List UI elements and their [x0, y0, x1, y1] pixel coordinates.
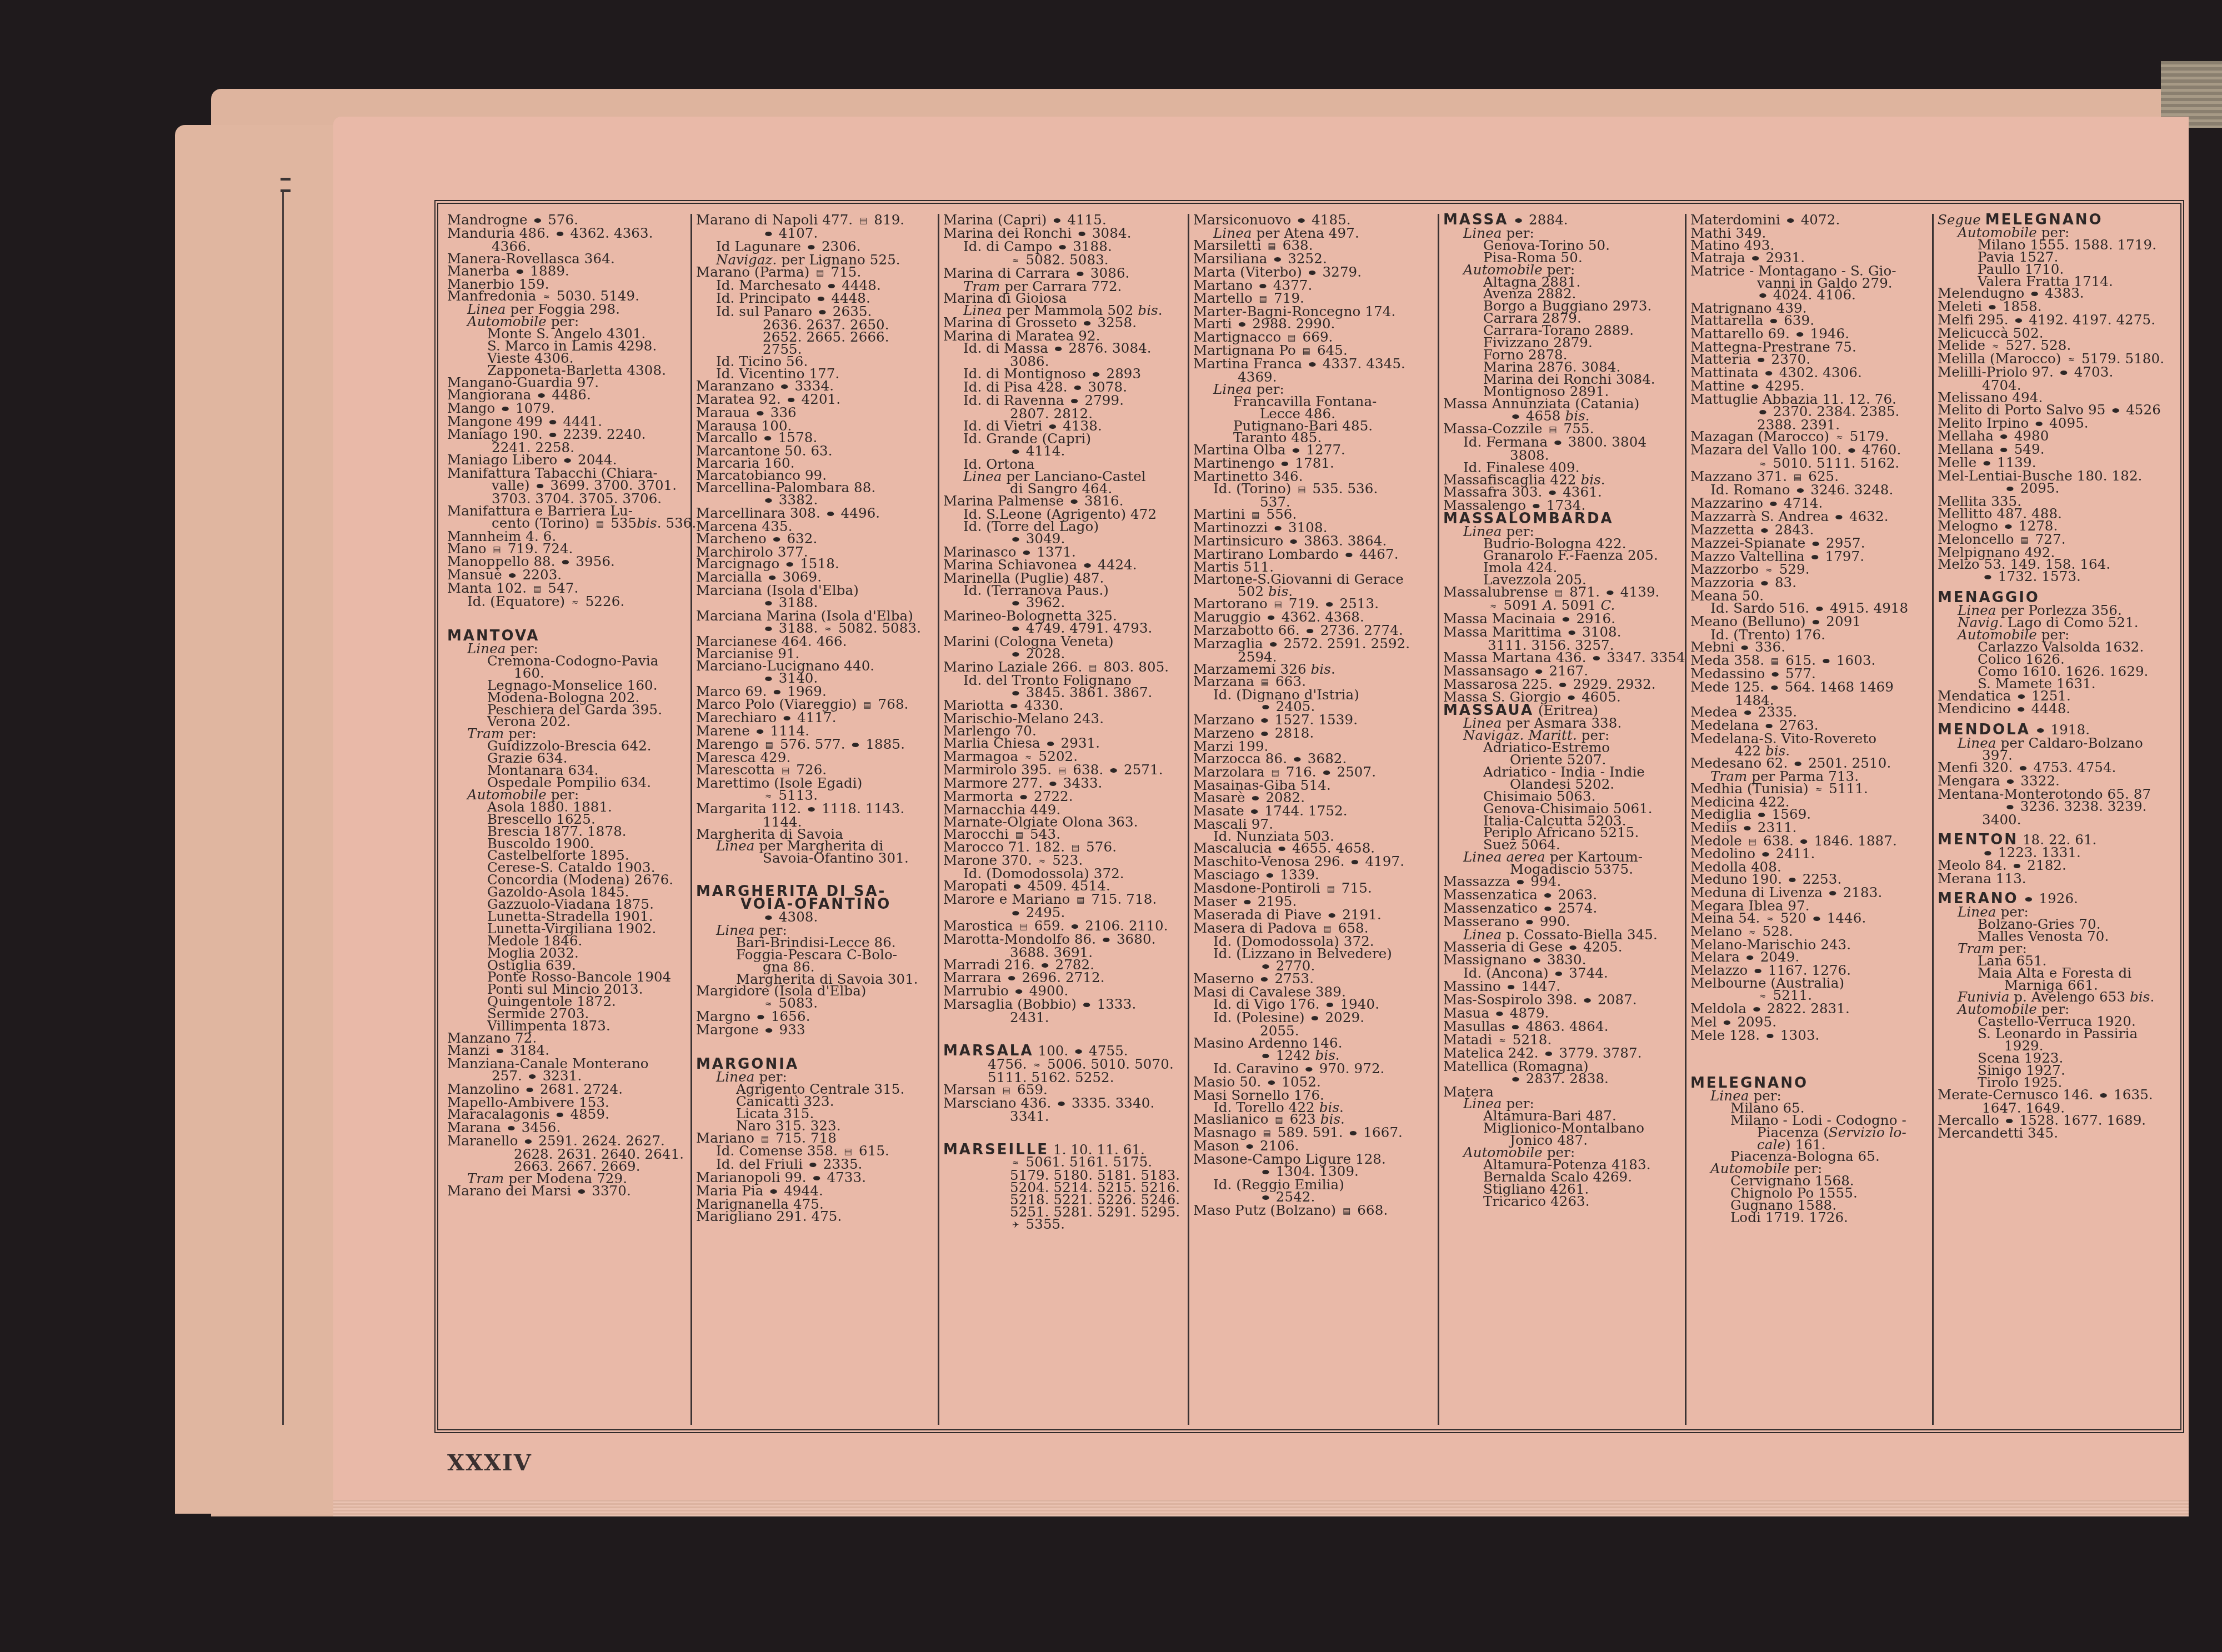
automobile-icon: ⬬ — [1812, 538, 1819, 550]
index-subentry: Id. (Torino) ▤ 535. 536. — [1193, 483, 1432, 496]
automobile-icon: ⬬ — [2000, 431, 2008, 443]
spacer — [696, 864, 932, 878]
automobile-icon: ⬬ — [808, 804, 815, 816]
automobile-icon: ⬬ — [852, 739, 859, 752]
spacer — [447, 609, 686, 622]
automobile-icon: ⬬ — [817, 293, 824, 306]
automobile-icon: ⬬ — [1055, 343, 1062, 356]
automobile-icon: ⬬ — [1083, 999, 1090, 1012]
automobile-icon: ⬬ — [529, 1071, 536, 1083]
automobile-icon: ⬬ — [562, 557, 569, 569]
index-subentry: S. Leonardo in Passiria — [1938, 1028, 2176, 1040]
italic-label: bis — [637, 515, 657, 531]
italic-label: Linea — [963, 468, 1002, 484]
automobile-icon: ⬬ — [1350, 1128, 1357, 1140]
index-column-2: Marano di Napoli 477. ▤ 819.⬬ 4107.Id La… — [696, 214, 932, 1430]
automobile-icon: ⬬ — [1309, 359, 1316, 371]
spacer — [1690, 1056, 1929, 1069]
automobile-icon: ⬬ — [827, 508, 834, 520]
index-entry: Mede 125. ⬬ 564. 1468 1469 — [1690, 681, 1929, 694]
index-subentry: 2652. 2665. 2666. — [696, 331, 932, 343]
automobile-icon: ⬬ — [1345, 549, 1353, 562]
automobile-icon: ⬬ — [765, 1025, 773, 1037]
index-column-3: Marina (Capri) ⬬ 4115.Marina dei Ronchi … — [943, 214, 1182, 1430]
automobile-icon: ⬬ — [1261, 715, 1268, 727]
index-subentry: Id. di Massa ⬬ 2876. 3084. — [943, 342, 1182, 356]
index-subentry: Lodi 1719. 1726. — [1690, 1212, 1929, 1224]
automobile-icon: ⬬ — [549, 417, 557, 429]
index-column-5: MASSA ⬬ 2884.Linea per:Genova-Torino 50.… — [1443, 214, 1682, 1430]
italic-label: bis — [1310, 661, 1330, 677]
tram-icon: ▤ — [863, 699, 871, 712]
automobile-icon: ⬬ — [1835, 512, 1843, 524]
tram-icon: ▤ — [1343, 1205, 1350, 1218]
spacer — [943, 1024, 1182, 1037]
index-entry: Martina Franca ⬬ 4337. 4345. — [1193, 358, 1432, 371]
automobile-icon: ⬬ — [1771, 669, 1779, 681]
automobile-icon: ⬬ — [1554, 437, 1562, 449]
column-divider — [1685, 214, 1686, 1425]
index-subentry: Cremona-Codogno-Pavia — [447, 655, 686, 667]
automobile-icon: ⬬ — [1584, 995, 1591, 1007]
index-subentry: 2431. — [943, 1012, 1182, 1024]
previous-page-border — [282, 192, 284, 1425]
tram-icon: ▤ — [596, 518, 604, 530]
index-subentry: Tricarico 4263. — [1443, 1195, 1682, 1208]
index-subentry: 3341. — [943, 1110, 1182, 1123]
tram-icon: ▤ — [859, 215, 867, 227]
ship-icon: ≈ — [572, 597, 579, 609]
index-column-7: Segue MELEGNANOAutomobile per:Milano 155… — [1938, 214, 2176, 1430]
column-divider — [1932, 214, 1934, 1425]
automobile-icon: ⬬ — [1012, 688, 1019, 700]
index-entry: Marsciano 436. ⬬ 3335. 3340. — [943, 1097, 1182, 1110]
tram-icon: ▤ — [1077, 894, 1084, 907]
index-entry: Marzaglia ⬬ 2572. 2591. 2592. — [1193, 638, 1432, 651]
index-entry: Merana 113. — [1938, 873, 2176, 885]
automobile-icon: ⬬ — [1787, 215, 1794, 227]
italic-label: bis — [1138, 302, 1158, 318]
automobile-icon: ⬬ — [1512, 1074, 1519, 1086]
italic-label: bis — [2130, 989, 2150, 1005]
automobile-icon: ⬬ — [2112, 405, 2119, 417]
automobile-icon: ⬬ — [1829, 888, 1836, 900]
italic-label: Servizio lo- — [1829, 1124, 1906, 1140]
index-subentry: Linea per Caldaro-Bolzano — [1938, 737, 2176, 749]
automobile-icon: ⬬ — [578, 1186, 585, 1198]
index-subentry: Id. (Polesine) ⬬ 2029. — [1193, 1012, 1432, 1025]
automobile-icon: ⬬ — [557, 228, 564, 241]
index-subentry: Granarolo F.-Faenza 205. — [1443, 549, 1682, 562]
index-entry: Martone-S.Giovanni di Gerace — [1193, 573, 1432, 585]
automobile-icon: ⬬ — [1058, 1098, 1065, 1110]
automobile-icon: ⬬ — [1544, 890, 1552, 902]
automobile-icon: ⬬ — [1110, 765, 1117, 777]
page-number: XXXIV — [447, 1450, 532, 1476]
spacer — [1690, 1043, 1929, 1056]
previous-page-rule — [281, 178, 291, 192]
index-entry: Margone ⬬ 933 — [696, 1024, 932, 1037]
index-entry: Marsaglia (Bobbio) ⬬ 1333. — [943, 998, 1182, 1012]
index-entry: Melilli-Priolo 97. ⬬ 4703. — [1938, 366, 2176, 379]
automobile-icon: ⬬ — [1766, 1030, 1774, 1043]
index-entry: Mendicino ⬬ 4448. — [1938, 703, 2176, 716]
index-entry: Mele 128. ⬬ 1303. — [1690, 1029, 1929, 1043]
index-subentry: 3400. — [1938, 814, 2176, 826]
ship-icon: ≈ — [1815, 784, 1823, 796]
index-subentry: ⬬ 3236. 3238. 3239. — [1938, 800, 2176, 814]
automobile-icon: ⬬ — [1593, 653, 1600, 665]
italic-label: Linea — [716, 838, 755, 854]
index-subentry: Linea per: — [1690, 1090, 1929, 1102]
automobile-icon: ⬬ — [1352, 857, 1359, 869]
index-entry: Margarita 112. ⬬ 1118. 1143. — [696, 803, 932, 816]
index-subentry: ✈ 5355. — [943, 1218, 1182, 1232]
column-divider — [690, 214, 692, 1425]
index-column-4: Marsiconuovo ⬬ 4185.Linea per Atena 497.… — [1193, 214, 1432, 1430]
automobile-icon: ⬬ — [2018, 704, 2025, 716]
automobile-icon: ⬬ — [2060, 367, 2068, 379]
index-column-1: Mandrogne ⬬ 576.Manduria 486. ⬬ 4362. 43… — [447, 214, 686, 1430]
index-subentry: Savoia-Ofantino 301. — [696, 852, 932, 864]
automobile-icon: ⬬ — [1259, 281, 1267, 293]
tram-icon: ▤ — [1298, 484, 1305, 496]
index-subentry: Periplo Africano 5215. — [1443, 827, 1682, 839]
column-divider — [938, 214, 939, 1425]
automobile-icon: ⬬ — [1312, 1013, 1319, 1025]
index-entry: Marigliano 291. 475. — [696, 1210, 932, 1223]
index-subentry: Canicattì 323. — [696, 1095, 932, 1108]
tram-icon: ▤ — [1794, 472, 1801, 484]
index-column-6: Materdomini ⬬ 4072.Mathi 349.Matino 493.… — [1690, 214, 1929, 1430]
spacer — [943, 1123, 1182, 1136]
automobile-icon: ⬬ — [1262, 702, 1269, 714]
index-subentry: ⬬ 1732. 1573. — [1938, 570, 2176, 584]
column-divider — [1188, 214, 1189, 1425]
column-divider — [1438, 214, 1439, 1425]
automobile-icon: ⬬ — [2100, 1090, 2107, 1102]
plane-icon: ✈ — [1012, 1219, 1019, 1232]
index-entry: Marano dei Marsi ⬬ 3370. — [447, 1185, 686, 1198]
automobile-icon: ⬬ — [2018, 691, 2025, 703]
automobile-icon: ⬬ — [1262, 961, 1269, 973]
index-entry: Manduria 486. ⬬ 4362. 4363. — [447, 227, 686, 241]
automobile-icon: ⬬ — [1823, 655, 1830, 668]
index-entry: Mercandetti 345. — [1938, 1127, 2176, 1139]
automobile-icon: ⬬ — [1252, 793, 1259, 805]
page-stack-bottom — [333, 1500, 2189, 1516]
tram-icon: ▤ — [1327, 883, 1335, 895]
index-subentry: Id. (Equatore) ≈ 5226. — [447, 595, 686, 609]
index-entry: Medelana-S. Vito-Rovereto — [1690, 733, 1929, 745]
tram-icon: ▤ — [1771, 655, 1779, 668]
automobile-icon: ⬬ — [1811, 552, 1819, 564]
automobile-icon: ⬬ — [1984, 572, 1991, 584]
spacer — [696, 1037, 932, 1050]
index-subentry: Id. Fermana ⬬ 3800. 3804 — [1443, 436, 1682, 449]
index-entry: Meldola ⬬ 2822. 2831. — [1690, 1003, 1929, 1016]
index-subentry: Tram per: — [1938, 943, 2176, 955]
automobile-icon: ⬬ — [1813, 913, 1820, 925]
automobile-icon: ⬬ — [1103, 934, 1110, 947]
index-entry: Maso Putz (Bolzano) ▤ 668. — [1193, 1204, 1432, 1218]
